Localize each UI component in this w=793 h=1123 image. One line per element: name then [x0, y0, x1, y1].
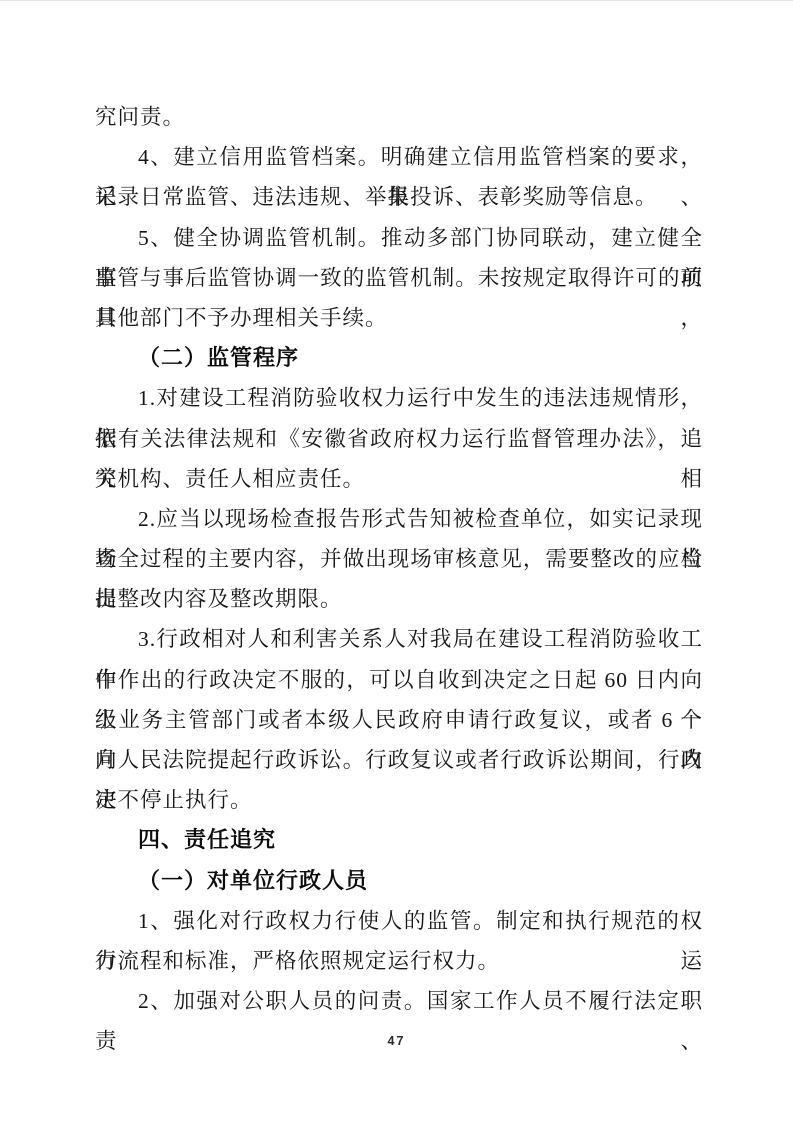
body-text-line: 1、强化对行政权力行使人的监管。制定和执行规范的权力运 [95, 901, 703, 941]
body-text-line: 监管与事后监管协调一致的监管机制。未按规定取得许可的项目， [95, 258, 703, 298]
body-text-line: 向人民法院提起行政诉讼。行政复议或者行政诉讼期间，行政决 [95, 740, 703, 780]
body-text-line: 定不停止执行。 [95, 780, 703, 820]
subsection-heading-unit-admin-staff: （一）对单位行政人员 [95, 861, 703, 901]
body-text-line: 4、建立信用监管档案。明确建立信用监管档案的要求，采集、 [95, 137, 703, 177]
body-text-line: 1.对建设工程消防验收权力运行中发生的违法违规情形，依 [95, 378, 703, 418]
body-text-line: 出整改内容及整改期限。 [95, 579, 703, 619]
page-number: 47 [0, 1034, 793, 1048]
body-text-line: 究问责。 [95, 97, 703, 137]
document-text-block: 究问责。 4、建立信用监管档案。明确建立信用监管档案的要求，采集、 记录日常监管… [95, 97, 703, 1021]
body-text-line: 5、健全协调监管机制。推动多部门协同联动，建立健全事前 [95, 218, 703, 258]
body-text-line: 级业务主管部门或者本级人民政府申请行政复议，或者 6 个月内 [95, 700, 703, 740]
body-text-line: 中作出的行政决定不服的，可以自收到决定之日起 60 日内向上一 [95, 660, 703, 700]
body-text-line: 2.应当以现场检查报告形式告知被检查单位，如实记录现场检 [95, 499, 703, 539]
body-text-line: 3.行政相对人和利害关系人对我局在建设工程消防验收工作 [95, 619, 703, 659]
body-text-line: 2、加强对公职人员的问责。国家工作人员不履行法定职责、 [95, 981, 703, 1021]
body-text-line: 据有关法律法规和《安徽省政府权力运行监督管理办法》，追究相 [95, 419, 703, 459]
subsection-heading-supervision-procedure: （二）监管程序 [95, 338, 703, 378]
body-text-line: 查全过程的主要内容，并做出现场审核意见，需要整改的应当提 [95, 539, 703, 579]
section-heading-accountability: 四、责任追究 [95, 820, 703, 860]
body-text-line: 记录日常监管、违法违规、举报投诉、表彰奖励等信息。 [95, 177, 703, 217]
document-page: 究问责。 4、建立信用监管档案。明确建立信用监管档案的要求，采集、 记录日常监管… [0, 0, 793, 1123]
